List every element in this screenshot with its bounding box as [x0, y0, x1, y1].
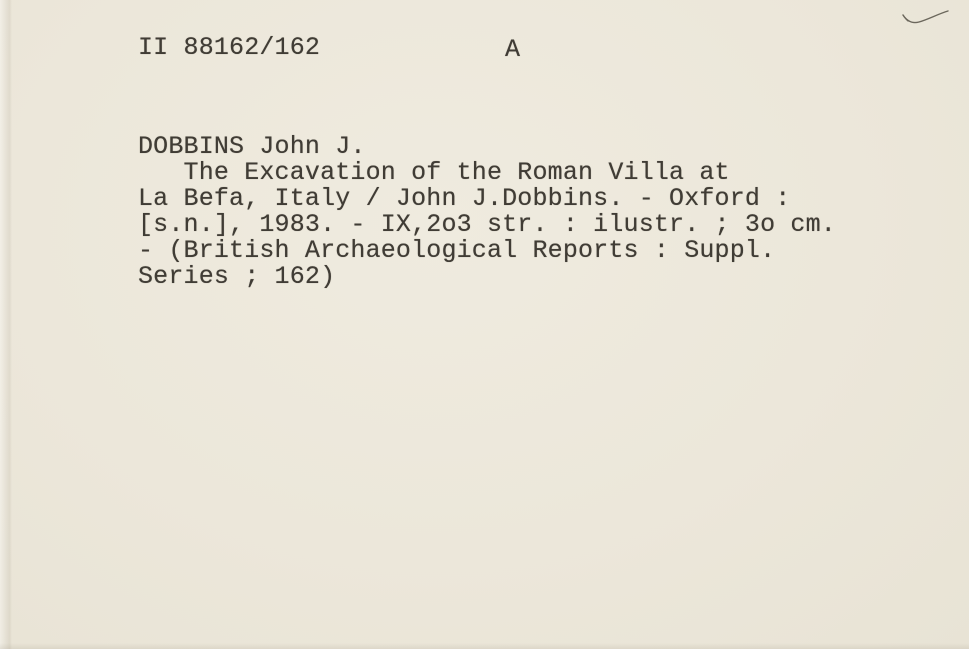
call-number: II 88162/162: [138, 33, 320, 62]
catalog-card: II 88162/162 A DOBBINS John J. The Excav…: [0, 0, 969, 649]
pen-checkmark-hook: [903, 15, 908, 21]
catalog-line-title: The Excavation of the Roman Villa at: [138, 160, 836, 186]
catalog-line-author: DOBBINS John J.: [138, 134, 836, 160]
pen-checkmark-icon: [901, 8, 951, 28]
catalog-line-series: - (British Archaeological Reports : Supp…: [138, 238, 836, 264]
section-letter: A: [505, 35, 520, 64]
catalog-line-series-cont: Series ; 162): [138, 264, 836, 290]
catalog-line-title-cont: La Befa, Italy / John J.Dobbins. - Oxfor…: [138, 186, 836, 212]
card-header: II 88162/162 A: [138, 33, 969, 63]
pen-checkmark-stroke: [903, 11, 948, 23]
catalog-entry: DOBBINS John J. The Excavation of the Ro…: [138, 134, 836, 290]
catalog-line-imprint: [s.n.], 1983. - IX,2o3 str. : ilustr. ; …: [138, 212, 836, 238]
